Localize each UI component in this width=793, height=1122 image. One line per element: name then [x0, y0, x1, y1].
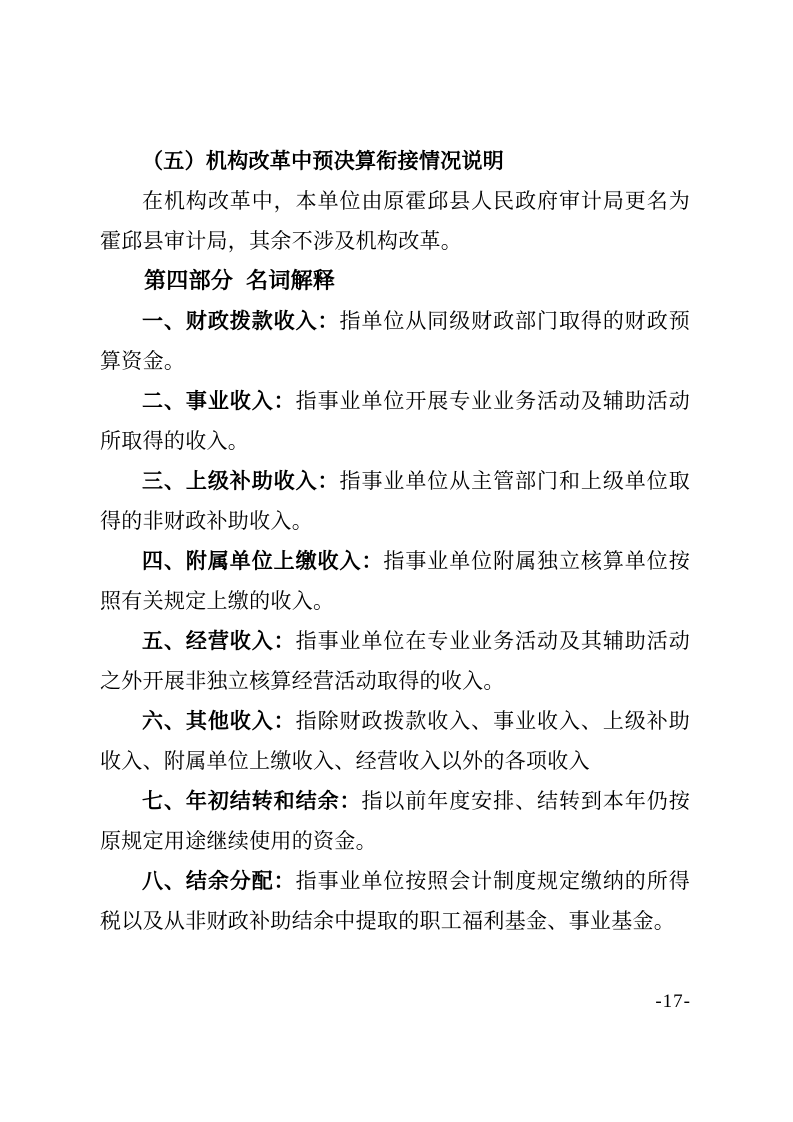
- definition-item-6: 六、其他收入：指除财政拨款收入、事业收入、上级补助收入、附属单位上缴收入、经营收…: [100, 701, 690, 781]
- page-content: （五）机构改革中预决算衔接情况说明 在机构改革中，本单位由原霍邱县人民政府审计局…: [100, 141, 690, 941]
- definition-item-1: 一、财政拨款收入：指单位从同级财政部门取得的财政预算资金。: [100, 301, 690, 381]
- definition-item-3: 三、上级补助收入：指事业单位从主管部门和上级单位取得的非财政补助收入。: [100, 461, 690, 541]
- definition-term-6: 六、其他收入：: [142, 709, 296, 733]
- section-heading-5: （五）机构改革中预决算衔接情况说明: [100, 141, 690, 181]
- definition-term-7: 七、年初结转和结余：: [142, 789, 361, 813]
- definition-term-1: 一、财政拨款收入：: [142, 309, 340, 333]
- part-4-heading: 第四部分 名词解释: [100, 261, 690, 301]
- definition-item-8: 八、结余分配：指事业单位按照会计制度规定缴纳的所得税以及从非财政补助结余中提取的…: [100, 861, 690, 941]
- definition-term-5: 五、经营收入：: [142, 629, 296, 653]
- paragraph-reform-note: 在机构改革中，本单位由原霍邱县人民政府审计局更名为霍邱县审计局，其余不涉及机构改…: [100, 181, 690, 261]
- definition-item-4: 四、附属单位上缴收入：指事业单位附属独立核算单位按照有关规定上缴的收入。: [100, 541, 690, 621]
- definition-item-2: 二、事业收入：指事业单位开展专业业务活动及辅助活动所取得的收入。: [100, 381, 690, 461]
- definition-item-7: 七、年初结转和结余：指以前年度安排、结转到本年仍按原规定用途继续使用的资金。: [100, 781, 690, 861]
- definition-item-5: 五、经营收入：指事业单位在专业业务活动及其辅助活动之外开展非独立核算经营活动取得…: [100, 621, 690, 701]
- definition-term-2: 二、事业收入：: [142, 389, 296, 413]
- page-number: -17-: [655, 991, 691, 1013]
- definition-term-8: 八、结余分配：: [142, 869, 296, 893]
- definition-term-3: 三、上级补助收入：: [142, 469, 340, 493]
- definition-term-4: 四、附属单位上缴收入：: [142, 549, 383, 573]
- document-page: （五）机构改革中预决算衔接情况说明 在机构改革中，本单位由原霍邱县人民政府审计局…: [0, 0, 793, 1122]
